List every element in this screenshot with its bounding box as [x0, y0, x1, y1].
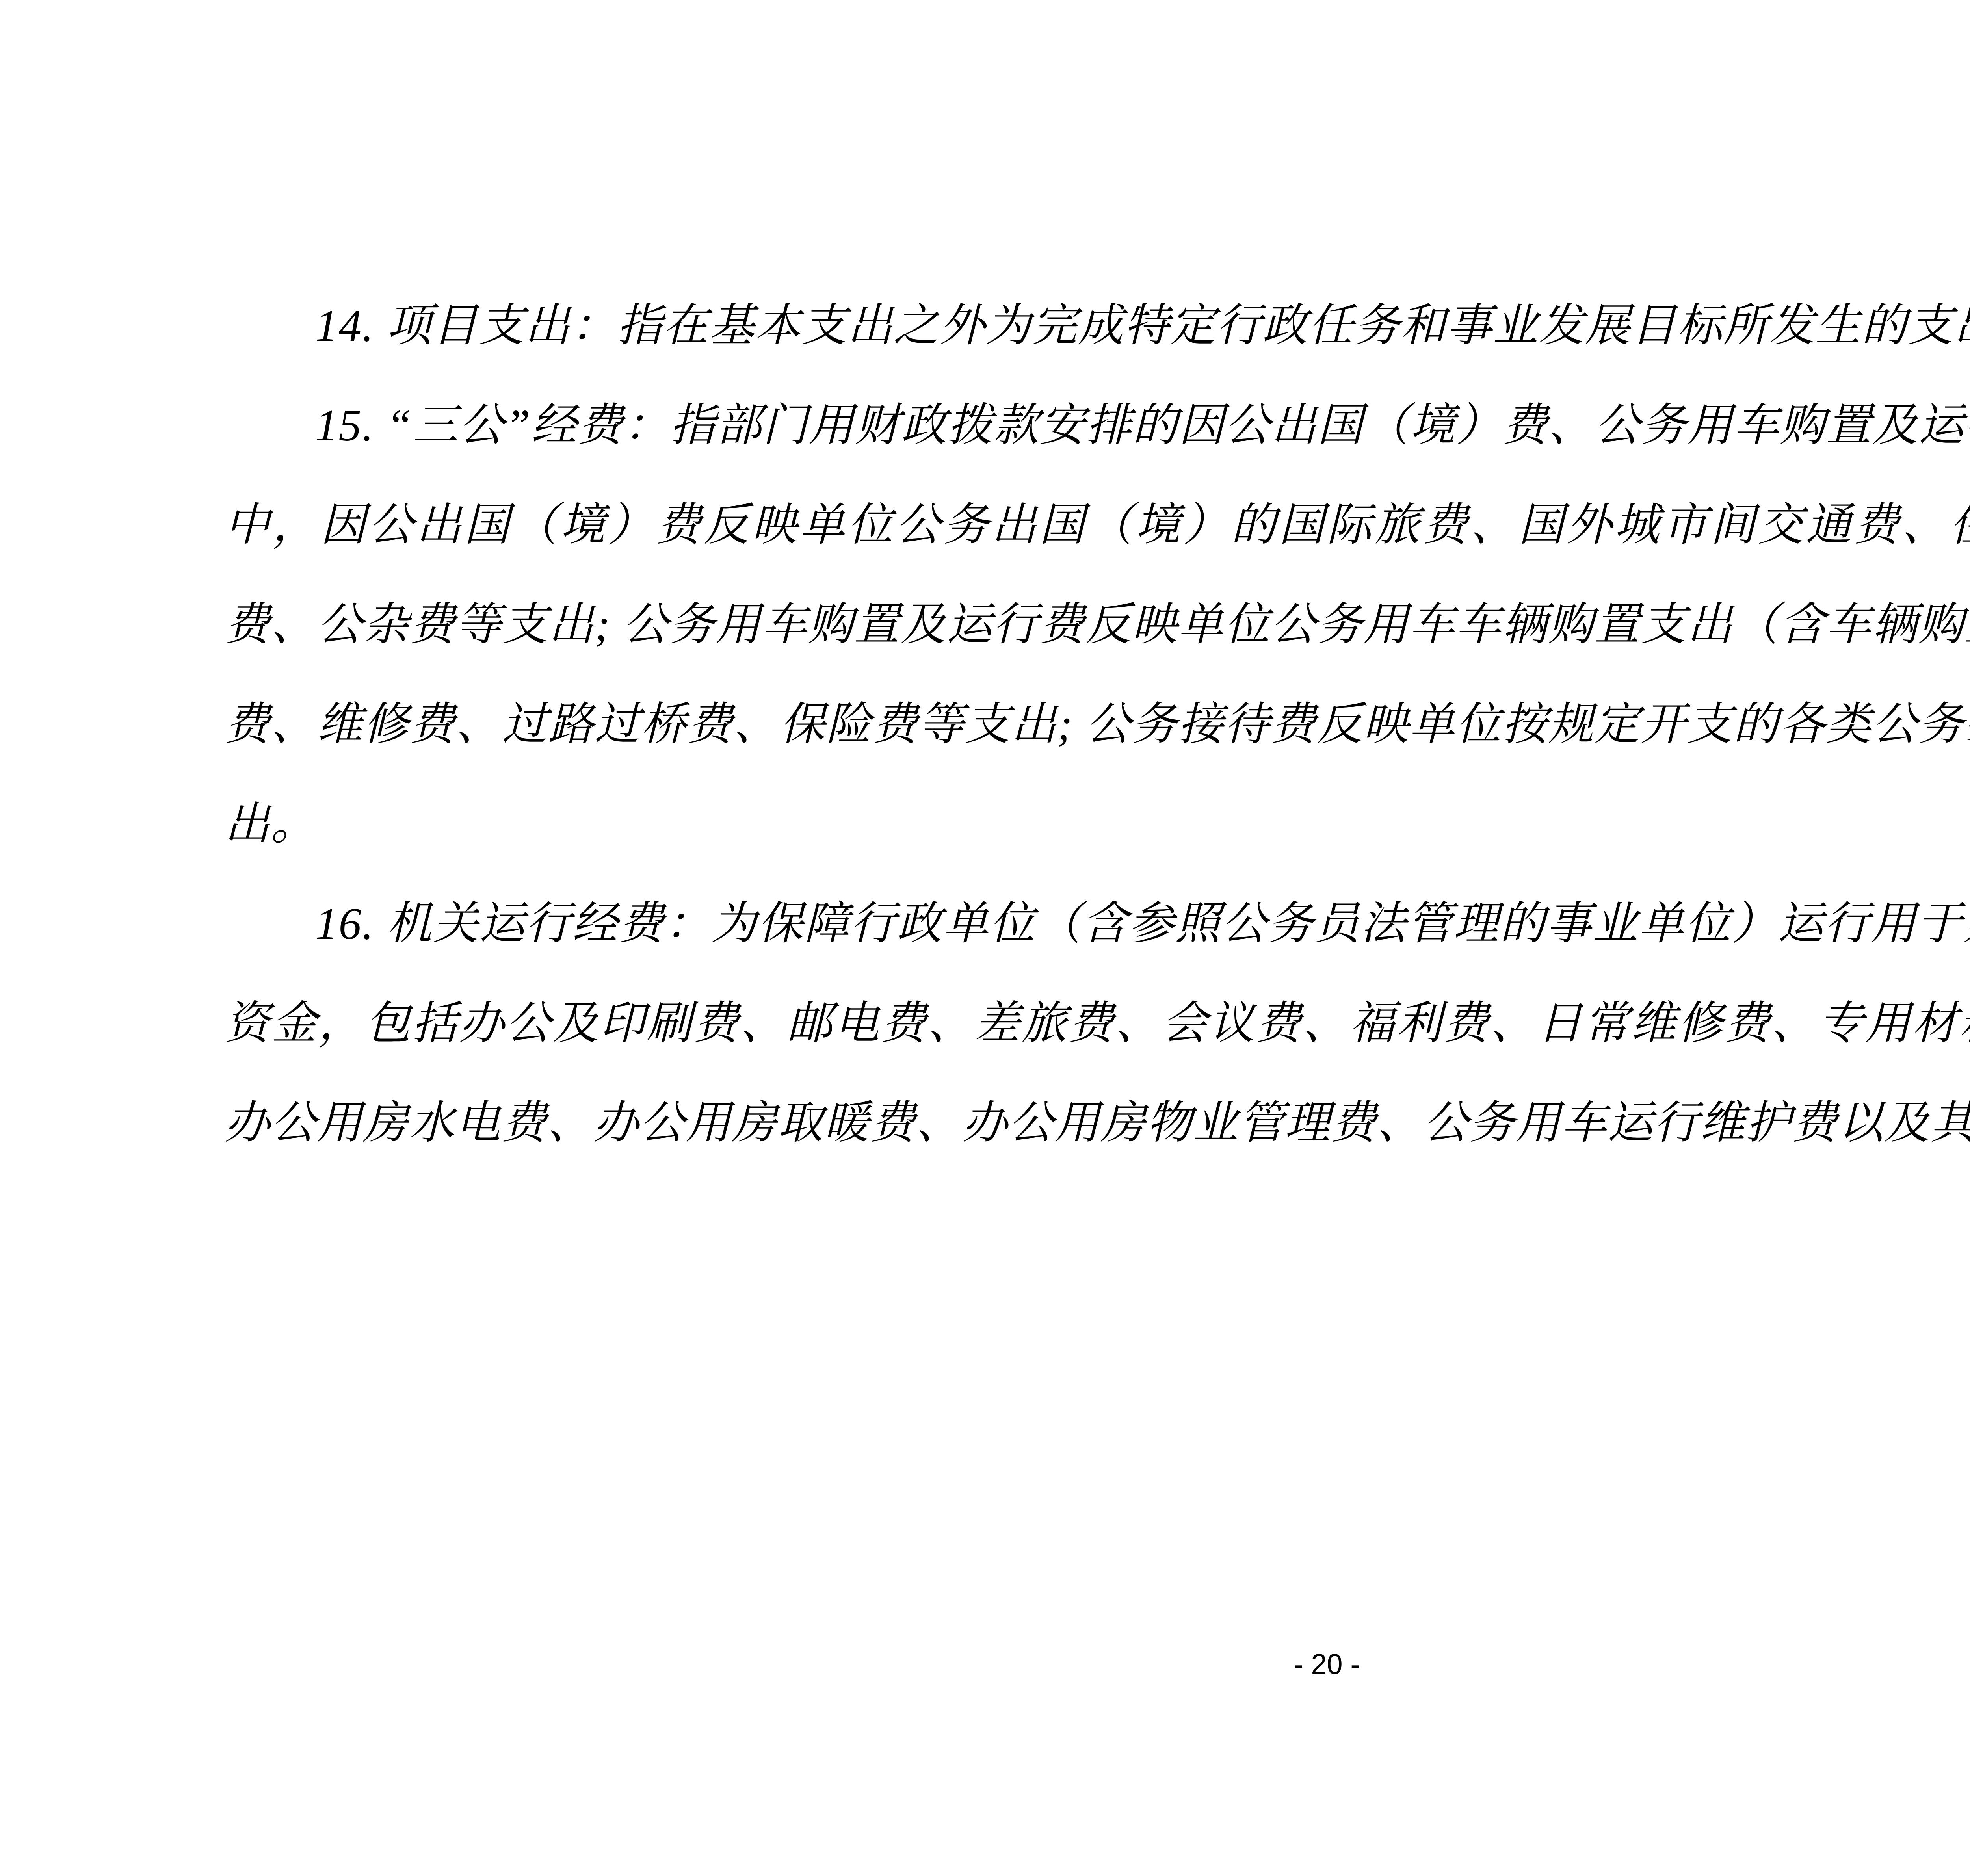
document-body: 14. 项目支出：指在基本支出之外为完成特定行政任务和事业发展目标所发生的支出。… — [225, 276, 1970, 1173]
paragraph-item-15-three-public-funds: 15. “三公”经费：指部门用财政拨款安排的因公出国（境）费、公务用车购置及运行… — [225, 375, 1970, 874]
document-page: 14. 项目支出：指在基本支出之外为完成特定行政任务和事业发展目标所发生的支出。… — [0, 0, 1970, 1876]
paragraph-item-14-project-expenditure: 14. 项目支出：指在基本支出之外为完成特定行政任务和事业发展目标所发生的支出。 — [225, 276, 1970, 375]
page-number: - 20 - — [1294, 1649, 1360, 1680]
page-footer: - 20 - — [0, 1647, 1970, 1682]
paragraph-item-16-agency-operating-funds: 16. 机关运行经费：为保障行政单位（含参照公务员法管理的事业单位）运行用于购买… — [225, 874, 1970, 1173]
